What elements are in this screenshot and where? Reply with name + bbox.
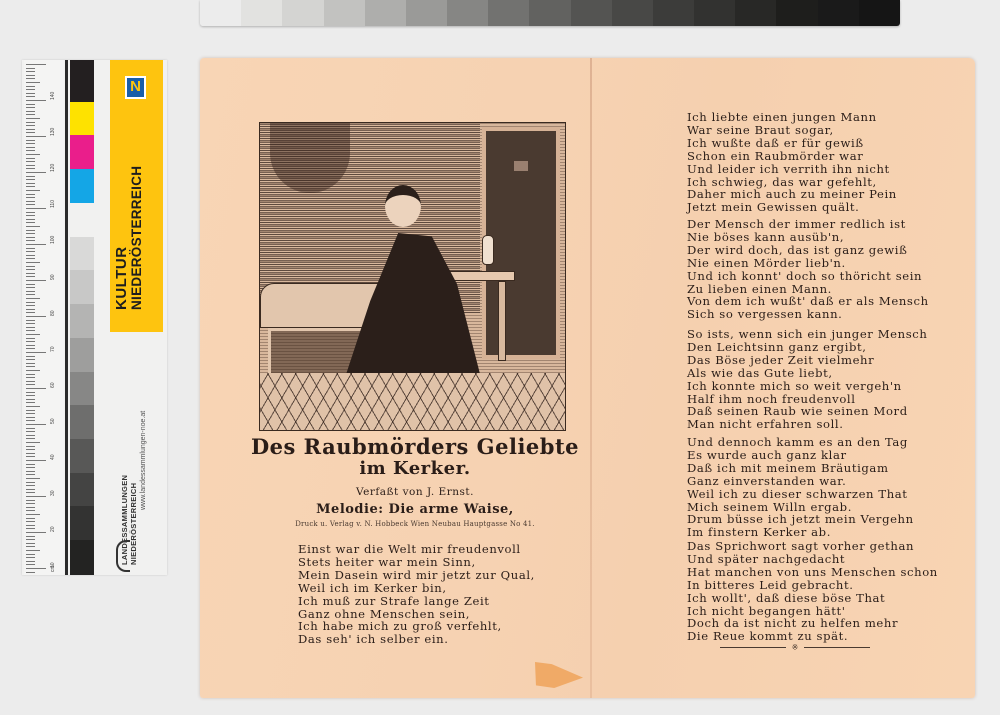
ornament-rule	[804, 647, 870, 648]
ruler-tick	[26, 334, 40, 335]
door-window	[514, 161, 528, 171]
ruler-tick	[26, 345, 35, 346]
verse-line: Ganz einverstanden war.	[687, 475, 914, 488]
verse-line: Und dennoch kamm es an den Tag	[687, 436, 914, 449]
ruler-tick	[26, 118, 40, 119]
title-line-2: im Kerker.	[250, 458, 580, 480]
gray-patch	[447, 0, 488, 26]
ruler-tick	[26, 330, 35, 331]
verse-line: So ists, wenn sich ein junger Mensch	[687, 328, 927, 341]
verse-line: Ich wollt', daß diese böse That	[687, 592, 938, 605]
ruler-tick	[26, 428, 35, 429]
verse-line: Und später nachgedacht	[687, 553, 938, 566]
stanza-4: So ists, wenn sich ein junger Mensch Den…	[687, 328, 927, 431]
ruler-tick	[26, 381, 35, 382]
color-swatches	[70, 60, 94, 575]
ruler-label: 110	[50, 200, 56, 208]
ruler-tick	[26, 420, 35, 421]
ornament-star-icon: ※	[792, 643, 799, 652]
tiled-floor	[260, 373, 566, 431]
ruler-tick	[26, 528, 35, 529]
ruler-tick	[26, 539, 35, 540]
ruler-tick	[26, 100, 46, 101]
ruler-tick	[26, 248, 35, 249]
ruler-tick	[26, 305, 35, 306]
ruler-tick	[26, 374, 35, 375]
ruler-tick	[26, 435, 35, 436]
gray-patch	[406, 0, 447, 26]
verse-line: Als wie das Gute liebt,	[687, 367, 927, 380]
stanza-3: Der Mensch der immer redlich ist Nie bös…	[687, 218, 929, 321]
ruler-tick	[26, 460, 46, 461]
ornament-rule	[720, 647, 786, 648]
ruler-tick	[26, 316, 46, 317]
ruler-tick	[26, 417, 35, 418]
ruler-label: 40	[50, 454, 56, 460]
ruler-tick	[26, 312, 35, 313]
ruler-tick	[26, 467, 35, 468]
swatch-yellow	[70, 102, 94, 136]
engraving-illustration	[259, 122, 566, 431]
verse-line: Nie einen Mörder lieb'n.	[687, 257, 929, 270]
verse-line: Ich liebte einen jungen Mann	[687, 111, 897, 124]
ruler-tick	[26, 240, 35, 241]
verse-line: Ich wußte daß er für gewiß	[687, 137, 897, 150]
ruler-tick	[26, 226, 40, 227]
ruler-tick	[26, 89, 35, 90]
ruler-tick	[26, 471, 35, 472]
ruler-tick	[26, 507, 35, 508]
ruler-tick	[26, 449, 35, 450]
table-leg	[498, 281, 506, 361]
gray-patch	[200, 0, 241, 26]
ruler-tick	[26, 201, 35, 202]
ruler-tick	[26, 406, 40, 407]
institution-text: LANDESSAMMLUNGEN NIEDERÖSTERREICH	[120, 365, 138, 565]
ruler-tick	[26, 78, 35, 79]
swatch-white	[70, 203, 94, 237]
paper-stain	[535, 662, 583, 688]
ruler-tick	[26, 446, 35, 447]
brand-line-2: NIEDERÖSTERREICH	[129, 110, 144, 310]
ruler-tick	[26, 546, 35, 547]
ruler-tick	[26, 244, 46, 245]
ruler-tick	[26, 258, 35, 259]
brand-text: KULTUR NIEDERÖSTERREICH	[114, 110, 144, 310]
ruler-tick	[26, 359, 35, 360]
ruler-tick	[26, 147, 35, 148]
ruler-tick	[26, 518, 35, 519]
ruler-tick	[26, 388, 46, 389]
title-line-1: Des Raubmörders Geliebte	[251, 434, 579, 459]
ruler-tick	[26, 370, 40, 371]
ruler-tick	[26, 500, 35, 501]
ruler-tick	[26, 363, 35, 364]
ruler-tick	[26, 197, 35, 198]
brand-line-1: KULTUR	[114, 110, 129, 310]
ruler-tick	[26, 154, 40, 155]
stanza-5: Und dennoch kamm es an den Tag Es wurde …	[687, 436, 914, 539]
gray-patch	[694, 0, 735, 26]
ruler-tick	[26, 212, 35, 213]
ruler-tick	[26, 402, 35, 403]
song-title: Des Raubmörders Geliebte im Kerker.	[250, 436, 580, 480]
gray-patch	[818, 0, 859, 26]
ruler-tick	[26, 111, 35, 112]
fold-line	[590, 58, 592, 698]
ruler-tick	[26, 96, 35, 97]
ruler-tick	[26, 86, 35, 87]
gray-patch	[735, 0, 776, 26]
ruler-tick	[26, 114, 35, 115]
ruler-tick	[26, 525, 35, 526]
ruler-tick	[26, 125, 35, 126]
ruler-tick	[26, 262, 40, 263]
ruler-tick	[26, 143, 35, 144]
verse-line: Weil ich zu dieser schwarzen That	[687, 488, 914, 501]
swatch-gray-30	[70, 304, 94, 338]
ruler: 140130120110100908070605040302010cm	[24, 60, 64, 575]
ruler-tick	[26, 564, 35, 565]
noe-logo-icon: N	[125, 76, 146, 99]
ruler-tick	[26, 104, 35, 105]
verse-line: Das seh' ich selber ein.	[298, 633, 535, 646]
ruler-tick	[26, 496, 46, 497]
ruler-tick	[26, 474, 35, 475]
ruler-tick	[26, 413, 35, 414]
ruler-label: 70	[50, 346, 56, 352]
ruler-tick	[26, 348, 35, 349]
ruler-tick	[26, 366, 35, 367]
ruler-tick	[26, 255, 35, 256]
ruler-tick	[26, 158, 35, 159]
ruler-tick	[26, 129, 35, 130]
gray-patch	[612, 0, 653, 26]
ruler-tick	[26, 204, 35, 205]
gray-patch	[653, 0, 694, 26]
ruler-tick	[26, 136, 46, 137]
ruler-label: 20	[50, 526, 56, 532]
ruler-tick	[26, 194, 35, 195]
ruler-tick	[26, 233, 35, 234]
ruler-tick	[26, 536, 35, 537]
verse-line: Das Böse jeder Zeit vielmehr	[687, 354, 927, 367]
verse-line: Hat manchen von uns Menschen schon	[687, 566, 938, 579]
ruler-tick	[26, 323, 35, 324]
gray-patch	[365, 0, 406, 26]
ruler-tick	[26, 453, 35, 454]
gray-patch	[776, 0, 817, 26]
verse-line: In bitteres Leid gebracht.	[687, 579, 938, 592]
ruler-tick	[26, 410, 35, 411]
ruler-tick	[26, 399, 35, 400]
ruler-tick	[26, 557, 35, 558]
ruler-tick	[26, 251, 35, 252]
ruler-tick	[26, 554, 35, 555]
ruler-tick	[26, 269, 35, 270]
ruler-tick	[26, 122, 35, 123]
ruler-tick	[26, 514, 40, 515]
ruler-tick	[26, 309, 35, 310]
ruler-label: 80	[50, 310, 56, 316]
ruler-tick	[26, 107, 35, 108]
ruler-tick	[26, 384, 35, 385]
verse-line: Es wurde auch ganz klar	[687, 449, 914, 462]
ruler-tick	[26, 489, 35, 490]
verse-line: Daß ich mit meinem Bräutigam	[687, 462, 914, 475]
website-text: www.landessammlungen-noe.at	[140, 310, 147, 510]
ruler-tick	[26, 291, 35, 292]
ruler-tick	[26, 140, 35, 141]
verse-line: Der wird doch, das ist ganz gewiß	[687, 244, 929, 257]
ruler-tick	[26, 532, 46, 533]
end-ornament: ※	[720, 642, 870, 652]
ruler-tick	[26, 438, 35, 439]
ruler-tick	[26, 395, 35, 396]
gray-patch	[859, 0, 900, 26]
ruler-tick	[26, 492, 35, 493]
ruler-tick	[26, 172, 46, 173]
verse-line: Sich so vergessen kann.	[687, 308, 929, 321]
verse-line: Und leider ich verrith ihn nicht	[687, 163, 897, 176]
ruler-tick	[26, 230, 35, 231]
ruler-tick	[26, 280, 46, 281]
ruler-tick	[26, 68, 35, 69]
grayscale-calibration-strip	[200, 0, 900, 26]
ruler-tick	[26, 176, 35, 177]
ruler-tick	[26, 168, 35, 169]
ruler-tick	[26, 510, 35, 511]
ruler-tick	[26, 71, 35, 72]
ruler-label: 140	[50, 92, 56, 100]
institution-line-2: NIEDERÖSTERREICH	[129, 365, 138, 565]
ruler-tick	[26, 179, 35, 180]
stanza-2: Ich liebte einen jungen Mann War seine B…	[687, 111, 897, 214]
ruler-tick	[26, 93, 35, 94]
jug	[482, 235, 494, 265]
gray-patch	[571, 0, 612, 26]
verse-line: Nie böses kann ausüb'n,	[687, 231, 929, 244]
brand-panel: N KULTUR NIEDERÖSTERREICH	[110, 60, 163, 332]
melody-line: Melodie: Die arme Waise,	[250, 502, 580, 517]
ruler-tick	[26, 561, 35, 562]
verse-line: Mein Dasein wird mir jetzt zur Qual,	[298, 569, 535, 582]
swatch-magenta	[70, 135, 94, 169]
ruler-tick	[26, 150, 35, 151]
ruler-tick	[26, 485, 35, 486]
verse-line: Einst war die Welt mir freudenvoll	[298, 543, 535, 556]
ruler-tick	[26, 456, 35, 457]
gray-patch	[282, 0, 323, 26]
ruler-tick	[26, 503, 35, 504]
verse-line: Weil ich im Kerker bin,	[298, 582, 535, 595]
gray-patch	[529, 0, 570, 26]
ruler-label: 130	[50, 128, 56, 136]
ruler-tick	[26, 442, 40, 443]
verse-line: Im finstern Kerker ab.	[687, 526, 914, 539]
ruler-tick	[26, 550, 40, 551]
swatch-gray-90	[70, 506, 94, 540]
ruler-tick	[26, 75, 35, 76]
ruler-tick	[26, 222, 35, 223]
ruler-tick	[26, 186, 35, 187]
ruler-unit: cm	[50, 565, 56, 572]
ruler-tick	[26, 431, 35, 432]
verse-line: Stets heiter war mein Sinn,	[298, 556, 535, 569]
verse-line: Man nicht erfahren soll.	[687, 418, 927, 431]
swatch-gray-40	[70, 338, 94, 372]
verse-line: Das Sprichwort sagt vorher gethan	[687, 540, 938, 553]
ruler-tick	[26, 392, 35, 393]
ruler-tick	[26, 356, 35, 357]
ruler-tick	[26, 276, 35, 277]
swatch-black	[70, 60, 94, 102]
ruler-tick	[26, 338, 35, 339]
swatch-gray-100	[70, 540, 94, 575]
ruler-tick	[26, 521, 35, 522]
ruler-tick	[26, 287, 35, 288]
ruler-tick	[26, 219, 35, 220]
ruler-tick	[26, 284, 35, 285]
verse-line: Jetzt mein Gewissen quält.	[687, 201, 897, 214]
ruler-tick	[26, 294, 35, 295]
stanza-6: Das Sprichwort sagt vorher gethan Und sp…	[687, 540, 938, 643]
ruler-tick	[26, 215, 35, 216]
color-calibration-card: 140130120110100908070605040302010cm N KU…	[22, 60, 167, 575]
stanza-1: Einst war die Welt mir freudenvoll Stets…	[298, 543, 535, 646]
swatch-gray-60	[70, 405, 94, 439]
ruler-tick	[26, 341, 35, 342]
ruler-label: 90	[50, 274, 56, 280]
ruler-label: 120	[50, 164, 56, 172]
verse-line: War seine Braut sogar,	[687, 124, 897, 137]
gray-patch	[241, 0, 282, 26]
ruler-tick	[26, 482, 35, 483]
ruler-tick	[26, 377, 35, 378]
ruler-tick	[26, 183, 35, 184]
verse-line: Ich muß zur Strafe lange Zeit	[298, 595, 535, 608]
gray-patch	[488, 0, 529, 26]
institution-line-1: LANDESSAMMLUNGEN	[120, 365, 129, 565]
ruler-tick	[26, 165, 35, 166]
ruler-tick	[26, 237, 35, 238]
ruler-tick	[26, 190, 40, 191]
ruler-tick	[26, 273, 35, 274]
ruler-tick	[26, 302, 35, 303]
ruler-tick	[26, 320, 35, 321]
verse-line: Und ich konnt' doch so thöricht sein	[687, 270, 929, 283]
ruler-tick	[26, 82, 40, 83]
printer-imprint: Druck u. Verlag v. N. Hobbeck Wien Neuba…	[250, 520, 580, 528]
ruler-tick	[26, 266, 35, 267]
ruler-label: 50	[50, 418, 56, 424]
author-line: Verfaßt von J. Ernst.	[250, 486, 580, 498]
ruler-tick	[26, 352, 46, 353]
verse-line: Ich konnte mich so weit vergeh'n	[687, 380, 927, 393]
ruler-tick	[26, 208, 46, 209]
ruler-label: 60	[50, 382, 56, 388]
ruler-edge-bar	[65, 60, 68, 575]
ruler-tick	[26, 572, 35, 573]
ruler-tick	[26, 298, 40, 299]
verse-line: Schon ein Raubmörder war	[687, 150, 897, 163]
verse-line: Der Mensch der immer redlich ist	[687, 218, 929, 231]
ruler-tick	[26, 543, 35, 544]
ruler-tick	[26, 132, 35, 133]
gray-patch	[324, 0, 365, 26]
swatch-cyan	[70, 169, 94, 203]
swatch-gray-10	[70, 237, 94, 271]
ruler-tick	[26, 64, 46, 65]
swatch-gray-70	[70, 439, 94, 473]
woman-head	[385, 185, 421, 227]
ruler-label: 100	[50, 236, 56, 244]
ruler-tick	[26, 464, 35, 465]
swatch-gray-20	[70, 270, 94, 304]
swatch-gray-50	[70, 372, 94, 406]
ruler-tick	[26, 327, 35, 328]
ruler-tick	[26, 478, 40, 479]
verse-line: Den Leichtsinn ganz ergibt,	[687, 341, 927, 354]
broadside-leaflet: Des Raubmörders Geliebte im Kerker. Verf…	[200, 58, 975, 698]
swatch-gray-80	[70, 473, 94, 507]
ruler-tick	[26, 424, 46, 425]
ruler-tick	[26, 161, 35, 162]
ruler-label: 30	[50, 490, 56, 496]
ruler-tick	[26, 568, 46, 569]
